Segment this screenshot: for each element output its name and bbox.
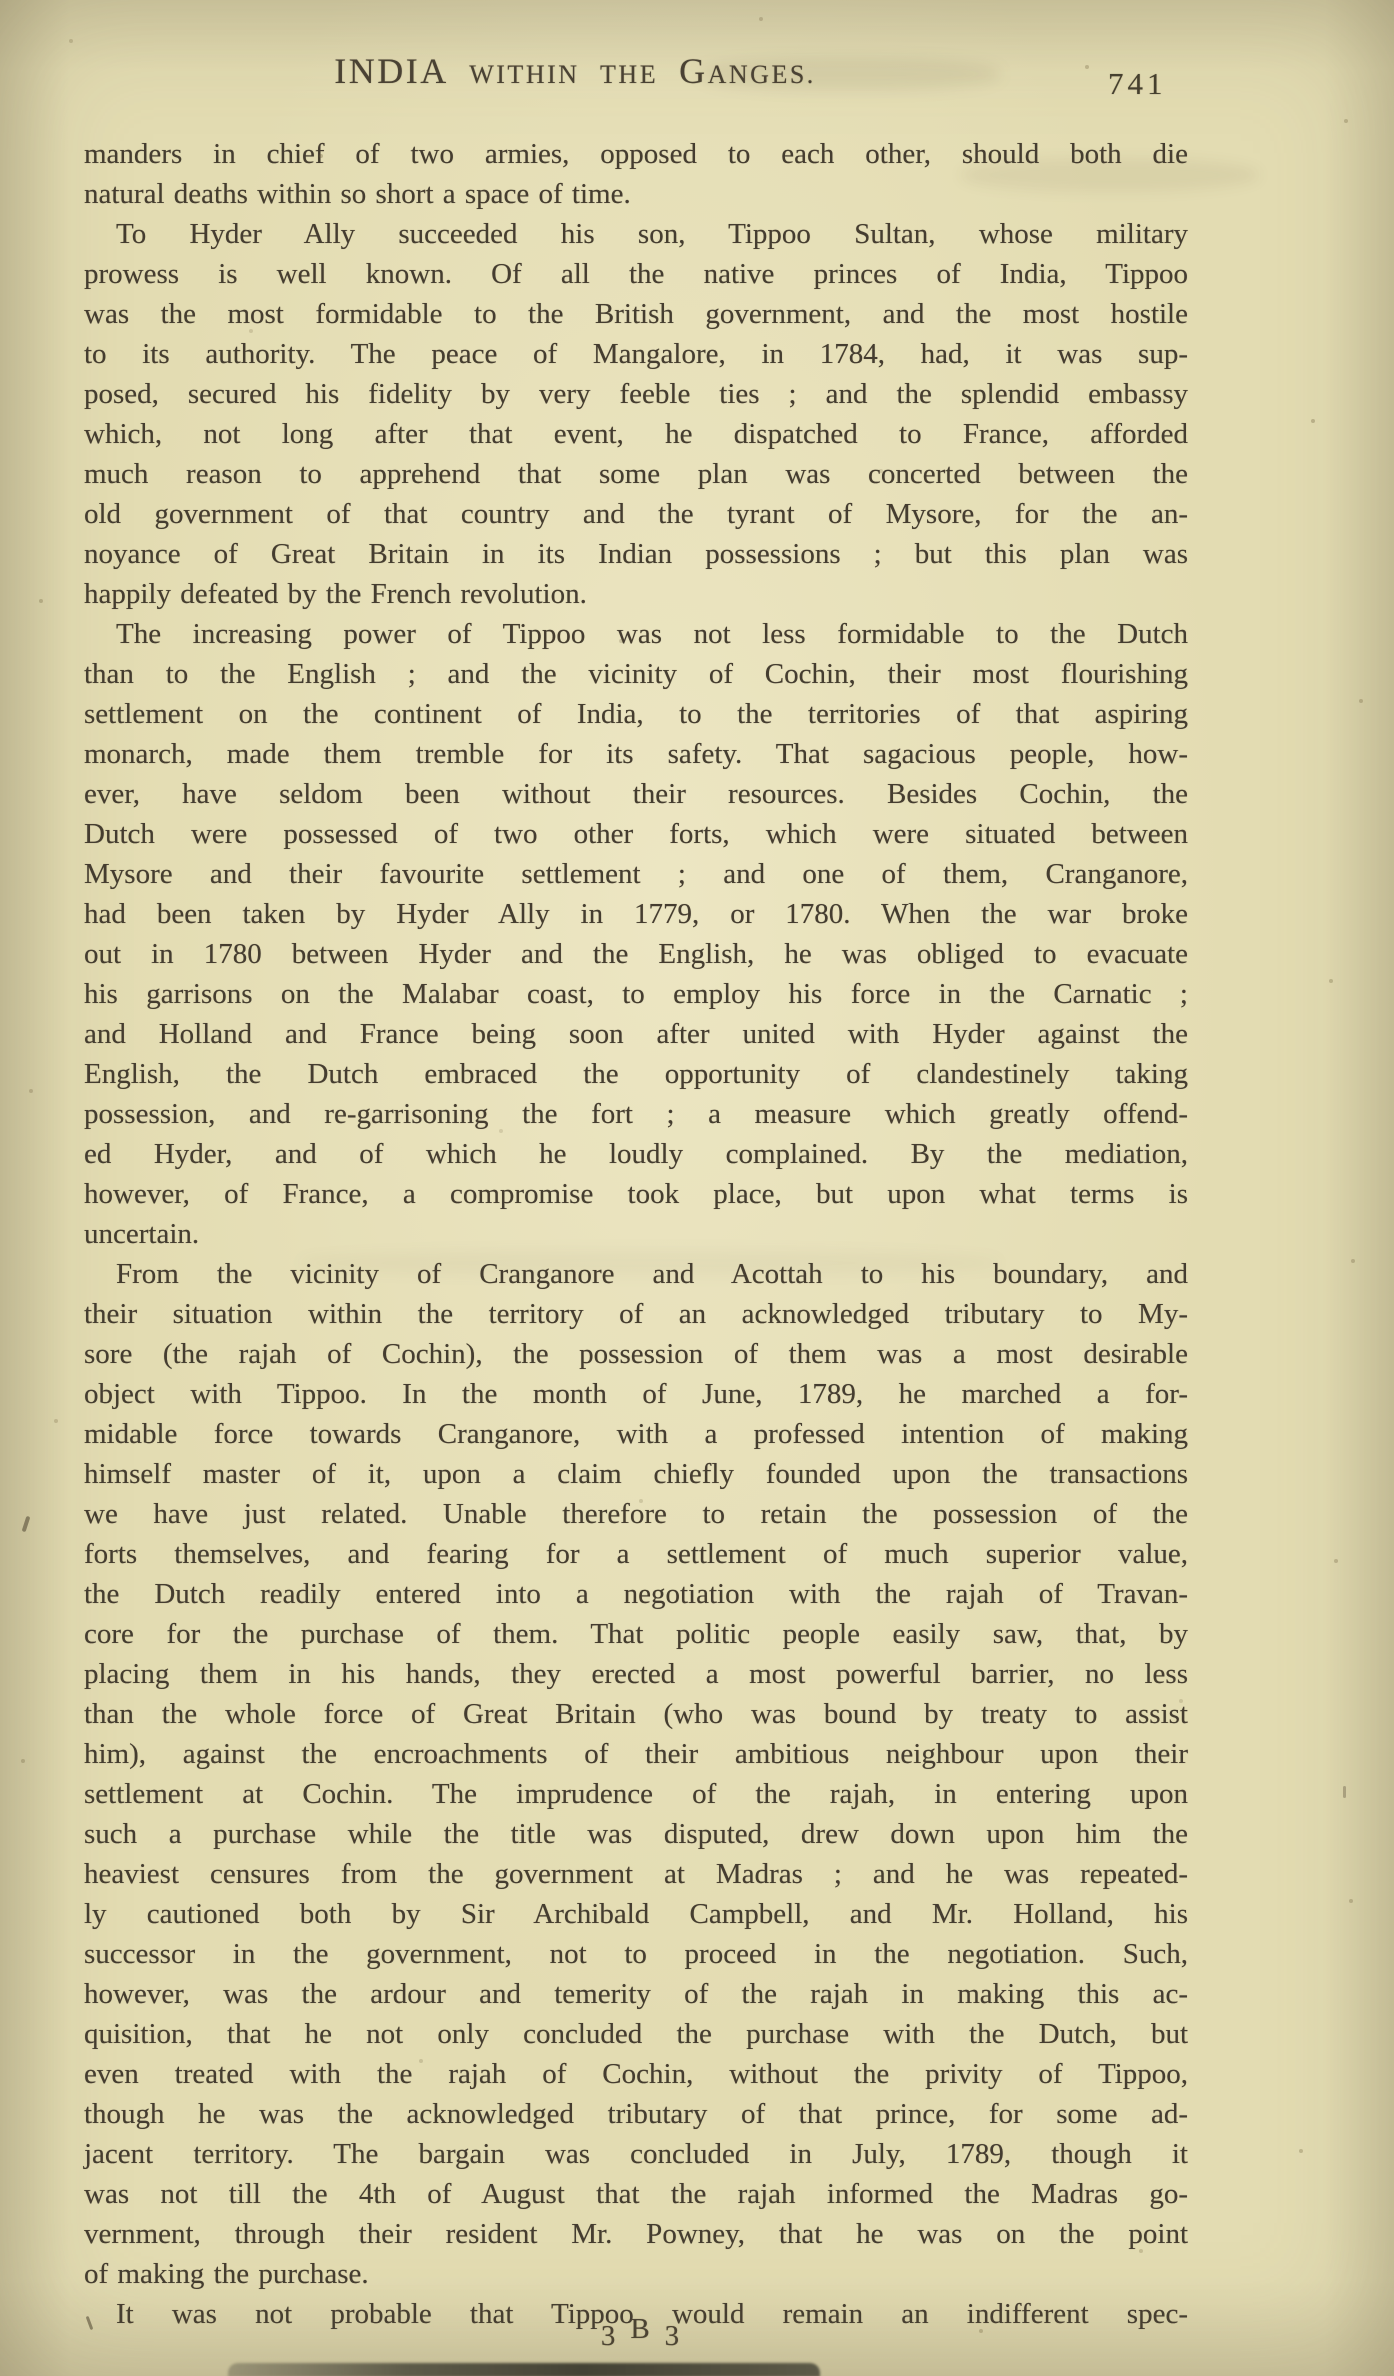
- text-line: vernment, through their resident Mr. Pow…: [84, 2214, 1188, 2254]
- text-line: placing them in his hands, they erected …: [84, 1654, 1188, 1694]
- text-line: out in 1780 between Hyder and the Englis…: [84, 934, 1188, 974]
- paragraph: manders in chief of two armies, opposed …: [84, 134, 1188, 214]
- signature-right: 3: [665, 2320, 680, 2352]
- signature-left: 3: [601, 2320, 616, 2352]
- body-text: manders in chief of two armies, opposed …: [84, 134, 1188, 2334]
- text-line: To Hyder Ally succeeded his son, Tippoo …: [84, 214, 1188, 254]
- text-line: settlement on the continent of India, to…: [84, 694, 1188, 734]
- text-line: we have just related. Unable therefore t…: [84, 1494, 1188, 1534]
- text-line: to its authority. The peace of Mangalore…: [84, 334, 1188, 374]
- text-line: much reason to apprehend that some plan …: [84, 454, 1188, 494]
- text-line: ly cautioned both by Sir Archibald Campb…: [84, 1894, 1188, 1934]
- title-segment: within the: [449, 60, 679, 89]
- text-line: himself master of it, upon a claim chief…: [84, 1454, 1188, 1494]
- scan-smudge: [228, 2363, 820, 2376]
- text-line: old government of that country and the t…: [84, 494, 1188, 534]
- book-page-scan: India within the Ganges. 741 manders in …: [0, 0, 1394, 2376]
- text-line: core for the purchase of them. That poli…: [84, 1614, 1188, 1654]
- text-line: the Dutch readily entered into a negotia…: [84, 1574, 1188, 1614]
- text-line: midable force towards Cranganore, with a…: [84, 1414, 1188, 1454]
- text-line: than to the English ; and the vicinity o…: [84, 654, 1188, 694]
- text-line: however, of France, a compromise took pl…: [84, 1174, 1188, 1214]
- title-segment: G: [679, 51, 708, 91]
- page-number: 741: [1108, 66, 1167, 102]
- paragraph: From the vicinity of Cranganore and Acot…: [84, 1254, 1188, 2294]
- text-line: jacent territory. The bargain was conclu…: [84, 2134, 1188, 2174]
- text-line: their situation within the territory of …: [84, 1294, 1188, 1334]
- text-line: forts themselves, and fearing for a sett…: [84, 1534, 1188, 1574]
- text-line: sore (the rajah of Cochin), the possessi…: [84, 1334, 1188, 1374]
- text-line: From the vicinity of Cranganore and Acot…: [84, 1254, 1188, 1294]
- text-line: ed Hyder, and of which he loudly complai…: [84, 1134, 1188, 1174]
- paragraph: The increasing power of Tippoo was not l…: [84, 614, 1188, 1254]
- paper-speckles: [0, 0, 2, 2]
- ink-speck: [22, 1516, 31, 1532]
- text-line: ever, have seldom been without their res…: [84, 774, 1188, 814]
- text-line: happily defeated by the French revolutio…: [84, 574, 1188, 614]
- text-line: manders in chief of two armies, opposed …: [84, 134, 1188, 174]
- signature-mid: B: [630, 2313, 649, 2345]
- text-line: settlement at Cochin. The imprudence of …: [84, 1774, 1188, 1814]
- text-line: prowess is well known. Of all the native…: [84, 254, 1188, 294]
- text-line: was not till the 4th of August that the …: [84, 2174, 1188, 2214]
- text-line: such a purchase while the title was disp…: [84, 1814, 1188, 1854]
- text-line: heaviest censures from the government at…: [84, 1854, 1188, 1894]
- text-line: successor in the government, not to proc…: [84, 1934, 1188, 1974]
- paragraph: To Hyder Ally succeeded his son, Tippoo …: [84, 214, 1188, 614]
- text-line: him), against the encroachments of their…: [84, 1734, 1188, 1774]
- text-line: which, not long after that event, he dis…: [84, 414, 1188, 454]
- text-line: his garrisons on the Malabar coast, to e…: [84, 974, 1188, 1014]
- text-line: The increasing power of Tippoo was not l…: [84, 614, 1188, 654]
- text-line: uncertain.: [84, 1214, 1188, 1254]
- text-line: object with Tippoo. In the month of June…: [84, 1374, 1188, 1414]
- text-line: and Holland and France being soon after …: [84, 1014, 1188, 1054]
- text-line: noyance of Great Britain in its Indian p…: [84, 534, 1188, 574]
- text-line: had been taken by Hyder Ally in 1779, or…: [84, 894, 1188, 934]
- text-line: than the whole force of Great Britain (w…: [84, 1694, 1188, 1734]
- running-header-title: India within the Ganges.: [0, 52, 1150, 92]
- title-segment: anges.: [708, 60, 816, 89]
- text-line: of making the purchase.: [84, 2254, 1188, 2294]
- text-line: English, the Dutch embraced the opportun…: [84, 1054, 1188, 1094]
- signature-mark: 3B3: [0, 2320, 1280, 2353]
- text-line: however, was the ardour and temerity of …: [84, 1974, 1188, 2014]
- text-line: Dutch were possessed of two other forts,…: [84, 814, 1188, 854]
- text-line: monarch, made them tremble for its safet…: [84, 734, 1188, 774]
- text-line: quisition, that he not only concluded th…: [84, 2014, 1188, 2054]
- title-segment: India: [334, 51, 448, 91]
- text-line: possession, and re-garrisoning the fort …: [84, 1094, 1188, 1134]
- ink-speck: [1343, 1786, 1346, 1798]
- text-line: natural deaths within so short a space o…: [84, 174, 1188, 214]
- text-line: Mysore and their favourite settlement ; …: [84, 854, 1188, 894]
- text-line: was the most formidable to the British g…: [84, 294, 1188, 334]
- text-line: posed, secured his fidelity by very feeb…: [84, 374, 1188, 414]
- text-line: though he was the acknowledged tributary…: [84, 2094, 1188, 2134]
- text-line: even treated with the rajah of Cochin, w…: [84, 2054, 1188, 2094]
